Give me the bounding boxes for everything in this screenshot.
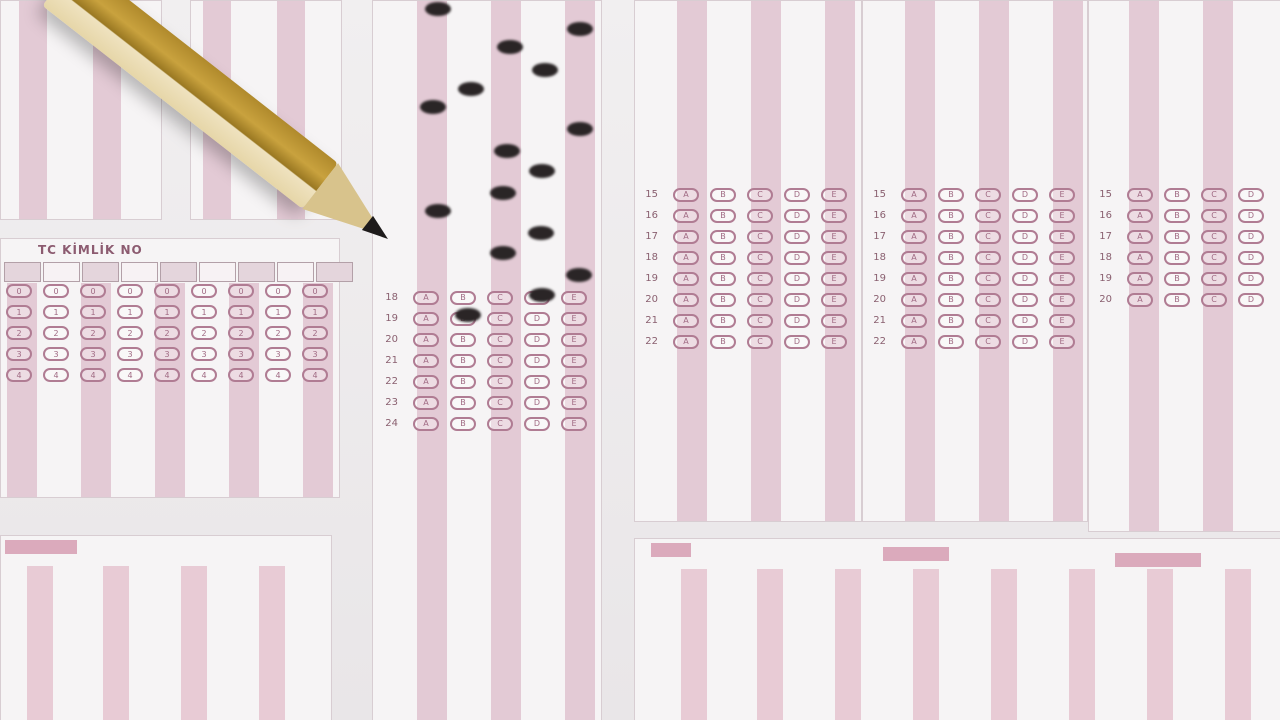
id-bubble-2[interactable]: 2: [302, 326, 328, 340]
choice-a[interactable]: A: [1127, 209, 1153, 223]
id-bubble-3[interactable]: 3: [6, 347, 32, 361]
choice-d[interactable]: D: [784, 230, 810, 244]
id-bubble-0[interactable]: 0: [228, 284, 254, 298]
question-row: 22 A B C D E: [634, 331, 847, 352]
choice-b[interactable]: B: [938, 188, 964, 202]
choice-a[interactable]: A: [673, 314, 699, 328]
choice-b[interactable]: B: [1164, 188, 1190, 202]
choice-b[interactable]: B: [710, 314, 736, 328]
id-bubble-1[interactable]: 1: [80, 305, 106, 319]
choice-e[interactable]: E: [821, 188, 847, 202]
id-bubble-2[interactable]: 2: [154, 326, 180, 340]
filled-mark: [529, 164, 555, 178]
choice-c[interactable]: C: [975, 314, 1001, 328]
choice-a[interactable]: A: [1127, 251, 1153, 265]
id-bubble-3[interactable]: 3: [265, 347, 291, 361]
id-bubble-1[interactable]: 1: [43, 305, 69, 319]
id-digit-box[interactable]: [199, 262, 236, 282]
choice-d[interactable]: D: [1238, 188, 1264, 202]
choice-e[interactable]: E: [561, 417, 587, 431]
choice-b[interactable]: B: [710, 335, 736, 349]
id-bubble-0[interactable]: 0: [265, 284, 291, 298]
choice-b[interactable]: B: [1164, 251, 1190, 265]
lower-right-panel: [634, 538, 1280, 720]
choice-a[interactable]: A: [901, 293, 927, 307]
question-row: 16 A B C D E: [634, 205, 847, 226]
choice-d[interactable]: D: [1012, 293, 1038, 307]
choice-a[interactable]: A: [413, 396, 439, 410]
choice-b[interactable]: B: [710, 188, 736, 202]
question-number: 21: [374, 350, 402, 371]
question-row: 18 A B C D E: [634, 247, 847, 268]
choice-c[interactable]: C: [747, 293, 773, 307]
choice-e[interactable]: E: [1049, 314, 1075, 328]
question-number: 16: [862, 205, 890, 226]
choice-e[interactable]: E: [561, 291, 587, 305]
id-bubble-2[interactable]: 2: [117, 326, 143, 340]
filled-mark: [425, 2, 451, 16]
question-row: 19 A B C D E: [374, 308, 587, 329]
choice-b[interactable]: B: [710, 272, 736, 286]
answer-column-4-rows: 15 A B C D 16 A B C D 17 A B C D 18 A B …: [1088, 184, 1264, 310]
question-number: 19: [634, 268, 662, 289]
question-number: 21: [862, 310, 890, 331]
id-digit-box[interactable]: [316, 262, 353, 282]
filled-mark: [528, 226, 554, 240]
choice-e[interactable]: E: [821, 209, 847, 223]
question-number: 18: [862, 247, 890, 268]
question-row: 17 A B C D: [1088, 226, 1264, 247]
choice-b[interactable]: B: [710, 230, 736, 244]
id-bubble-0[interactable]: 0: [191, 284, 217, 298]
id-bubble-4[interactable]: 4: [6, 368, 32, 382]
answer-column-3-rows: 15 A B C D E 16 A B C D E 17 A B C D E 1…: [862, 184, 1075, 352]
question-row: 15 A B C D E: [634, 184, 847, 205]
id-bubble-2[interactable]: 2: [265, 326, 291, 340]
choice-e[interactable]: E: [821, 230, 847, 244]
id-bubble-2[interactable]: 2: [228, 326, 254, 340]
choice-a[interactable]: A: [901, 314, 927, 328]
choice-d[interactable]: D: [524, 396, 550, 410]
id-bubble-2[interactable]: 2: [191, 326, 217, 340]
choice-c[interactable]: C: [747, 272, 773, 286]
id-digit-bubbles: 0 0 0 0 0 0 0 0 0 1 1 1 1 1 1 1 1 1 2 2 …: [6, 284, 339, 382]
question-row: 15 A B C D E: [862, 184, 1075, 205]
choice-b[interactable]: B: [450, 375, 476, 389]
choice-b[interactable]: B: [450, 396, 476, 410]
answer-sheet-photo: TC KİMLİK NO 0 0 0 0 0 0 0 0 0 1 1 1 1 1…: [0, 0, 1280, 720]
choice-a[interactable]: A: [413, 333, 439, 347]
choice-d[interactable]: D: [1012, 251, 1038, 265]
choice-c[interactable]: C: [1201, 293, 1227, 307]
choice-d[interactable]: D: [524, 354, 550, 368]
choice-e[interactable]: E: [821, 293, 847, 307]
choice-e[interactable]: E: [561, 333, 587, 347]
choice-d[interactable]: D: [1012, 335, 1038, 349]
choice-b[interactable]: B: [1164, 272, 1190, 286]
choice-c[interactable]: C: [1201, 230, 1227, 244]
choice-e[interactable]: E: [561, 312, 587, 326]
id-digit-box[interactable]: [277, 262, 314, 282]
filled-mark: [494, 144, 520, 158]
choice-b[interactable]: B: [938, 209, 964, 223]
question-row: 19 A B C D E: [862, 268, 1075, 289]
choice-e[interactable]: E: [1049, 293, 1075, 307]
id-bubble-3[interactable]: 3: [117, 347, 143, 361]
id-digit-box[interactable]: [43, 262, 80, 282]
question-number: 15: [1088, 184, 1116, 205]
question-number: 23: [374, 392, 402, 413]
choice-a[interactable]: A: [673, 251, 699, 265]
choice-a[interactable]: A: [901, 188, 927, 202]
choice-a[interactable]: A: [1127, 188, 1153, 202]
choice-d[interactable]: D: [1238, 293, 1264, 307]
choice-b[interactable]: B: [450, 417, 476, 431]
choice-a[interactable]: A: [901, 335, 927, 349]
choice-d[interactable]: D: [524, 312, 550, 326]
filled-mark: [567, 22, 593, 36]
question-row: 17 A B C D E: [862, 226, 1075, 247]
choice-c[interactable]: C: [975, 188, 1001, 202]
id-digit-box[interactable]: [121, 262, 158, 282]
choice-d[interactable]: D: [784, 314, 810, 328]
filled-mark: [532, 63, 558, 77]
choice-d[interactable]: D: [784, 209, 810, 223]
choice-d[interactable]: D: [784, 272, 810, 286]
question-row: 21 A B C D E: [862, 310, 1075, 331]
choice-a[interactable]: A: [901, 230, 927, 244]
id-digit-box[interactable]: [4, 262, 41, 282]
id-bubble-3[interactable]: 3: [228, 347, 254, 361]
choice-a[interactable]: A: [413, 417, 439, 431]
choice-e[interactable]: E: [561, 396, 587, 410]
id-bubble-1[interactable]: 1: [6, 305, 32, 319]
question-number: 15: [634, 184, 662, 205]
choice-a[interactable]: A: [413, 354, 439, 368]
question-row: 19 A B C D: [1088, 268, 1264, 289]
question-number: 16: [634, 205, 662, 226]
filled-mark: [490, 246, 516, 260]
choice-d[interactable]: D: [1238, 272, 1264, 286]
choice-b[interactable]: B: [710, 293, 736, 307]
choice-c[interactable]: C: [487, 396, 513, 410]
question-row: 21 A B C D E: [634, 310, 847, 331]
id-bubble-4[interactable]: 4: [302, 368, 328, 382]
choice-c[interactable]: C: [1201, 209, 1227, 223]
choice-c[interactable]: C: [975, 335, 1001, 349]
choice-a[interactable]: A: [901, 251, 927, 265]
choice-e[interactable]: E: [821, 314, 847, 328]
choice-b[interactable]: B: [1164, 230, 1190, 244]
question-row: 20 A B C D E: [862, 289, 1075, 310]
question-number: 20: [634, 289, 662, 310]
choice-a[interactable]: A: [673, 335, 699, 349]
choice-a[interactable]: A: [901, 209, 927, 223]
choice-c[interactable]: C: [975, 230, 1001, 244]
question-number: 18: [634, 247, 662, 268]
question-row: 24 A B C D E: [374, 413, 587, 434]
question-number: 16: [1088, 205, 1116, 226]
choice-a[interactable]: A: [901, 272, 927, 286]
filled-mark: [497, 40, 523, 54]
question-number: 17: [862, 226, 890, 247]
id-bubble-1[interactable]: 1: [228, 305, 254, 319]
id-bubble-3[interactable]: 3: [154, 347, 180, 361]
choice-b[interactable]: B: [710, 251, 736, 265]
id-bubble-1[interactable]: 1: [191, 305, 217, 319]
id-bubble-4[interactable]: 4: [154, 368, 180, 382]
choice-a[interactable]: A: [673, 272, 699, 286]
choice-a[interactable]: A: [673, 293, 699, 307]
lower-left-panel: [0, 535, 332, 720]
question-row: 23 A B C D E: [374, 392, 587, 413]
question-number: 20: [374, 329, 402, 350]
id-bubble-2[interactable]: 2: [6, 326, 32, 340]
choice-c[interactable]: C: [487, 354, 513, 368]
id-bubble-0[interactable]: 0: [43, 284, 69, 298]
id-bubble-1[interactable]: 1: [265, 305, 291, 319]
choice-e[interactable]: E: [1049, 230, 1075, 244]
question-number: 15: [862, 184, 890, 205]
choice-b[interactable]: B: [938, 335, 964, 349]
question-number: 21: [634, 310, 662, 331]
question-row: 16 A B C D E: [862, 205, 1075, 226]
choice-c[interactable]: C: [747, 335, 773, 349]
question-row: 15 A B C D: [1088, 184, 1264, 205]
choice-b[interactable]: B: [450, 333, 476, 347]
choice-e[interactable]: E: [561, 375, 587, 389]
question-number: 19: [374, 308, 402, 329]
choice-b[interactable]: B: [938, 314, 964, 328]
choice-e[interactable]: E: [821, 251, 847, 265]
choice-a[interactable]: A: [673, 209, 699, 223]
choice-d[interactable]: D: [1238, 230, 1264, 244]
question-row: 20 A B C D E: [374, 329, 587, 350]
choice-c[interactable]: C: [975, 209, 1001, 223]
choice-b[interactable]: B: [938, 293, 964, 307]
question-row: 17 A B C D E: [634, 226, 847, 247]
choice-b[interactable]: B: [938, 272, 964, 286]
id-bubble-0[interactable]: 0: [154, 284, 180, 298]
filled-mark: [490, 186, 516, 200]
choice-e[interactable]: E: [821, 272, 847, 286]
choice-d[interactable]: D: [1012, 209, 1038, 223]
choice-a[interactable]: A: [1127, 272, 1153, 286]
choice-b[interactable]: B: [938, 251, 964, 265]
question-row: 18 A B C D E: [374, 287, 587, 308]
choice-c[interactable]: C: [487, 312, 513, 326]
question-number: 18: [374, 287, 402, 308]
question-number: 20: [862, 289, 890, 310]
choice-c[interactable]: C: [747, 251, 773, 265]
choice-c[interactable]: C: [1201, 272, 1227, 286]
id-digit-box[interactable]: [82, 262, 119, 282]
filled-mark: [529, 288, 555, 302]
choice-d[interactable]: D: [1012, 314, 1038, 328]
answer-column-1-rows: 18 A B C D E 19 A B C D E 20 A B C D E 2…: [374, 287, 587, 434]
choice-c[interactable]: C: [747, 314, 773, 328]
id-digit-box[interactable]: [238, 262, 275, 282]
choice-d[interactable]: D: [784, 188, 810, 202]
question-number: 19: [1088, 268, 1116, 289]
choice-d[interactable]: D: [784, 251, 810, 265]
filled-mark: [458, 82, 484, 96]
choice-c[interactable]: C: [975, 272, 1001, 286]
choice-d[interactable]: D: [524, 375, 550, 389]
choice-e[interactable]: E: [1049, 251, 1075, 265]
choice-d[interactable]: D: [784, 293, 810, 307]
id-bubble-3[interactable]: 3: [43, 347, 69, 361]
choice-c[interactable]: C: [487, 417, 513, 431]
id-bubble-4[interactable]: 4: [80, 368, 106, 382]
id-bubble-4[interactable]: 4: [117, 368, 143, 382]
id-bubble-3[interactable]: 3: [80, 347, 106, 361]
id-bubble-0[interactable]: 0: [302, 284, 328, 298]
choice-d[interactable]: D: [1012, 272, 1038, 286]
choice-c[interactable]: C: [747, 230, 773, 244]
choice-c[interactable]: C: [747, 209, 773, 223]
filled-mark: [425, 204, 451, 218]
choice-c[interactable]: C: [1201, 188, 1227, 202]
choice-a[interactable]: A: [413, 291, 439, 305]
id-bubble-0[interactable]: 0: [117, 284, 143, 298]
question-row: 19 A B C D E: [634, 268, 847, 289]
choice-e[interactable]: E: [821, 335, 847, 349]
choice-e[interactable]: E: [561, 354, 587, 368]
choice-c[interactable]: C: [487, 375, 513, 389]
id-number-boxes: [4, 262, 353, 282]
choice-c[interactable]: C: [747, 188, 773, 202]
choice-c[interactable]: C: [487, 291, 513, 305]
id-digit-box[interactable]: [160, 262, 197, 282]
question-number: 22: [862, 331, 890, 352]
choice-d[interactable]: D: [1012, 188, 1038, 202]
id-number-title: TC KİMLİK NO: [38, 243, 143, 257]
choice-b[interactable]: B: [938, 230, 964, 244]
choice-e[interactable]: E: [1049, 335, 1075, 349]
id-bubble-2[interactable]: 2: [80, 326, 106, 340]
choice-d[interactable]: D: [1012, 230, 1038, 244]
question-row: 21 A B C D E: [374, 350, 587, 371]
id-bubble-4[interactable]: 4: [191, 368, 217, 382]
question-row: 22 A B C D E: [374, 371, 587, 392]
choice-b[interactable]: B: [450, 291, 476, 305]
question-row: 20 A B C D E: [634, 289, 847, 310]
question-number: 17: [634, 226, 662, 247]
question-row: 20 A B C D: [1088, 289, 1264, 310]
choice-d[interactable]: D: [1238, 209, 1264, 223]
choice-b[interactable]: B: [1164, 209, 1190, 223]
choice-e[interactable]: E: [1049, 209, 1075, 223]
filled-mark: [420, 100, 446, 114]
question-row: 22 A B C D E: [862, 331, 1075, 352]
choice-e[interactable]: E: [1049, 188, 1075, 202]
choice-c[interactable]: C: [487, 333, 513, 347]
question-row: 16 A B C D: [1088, 205, 1264, 226]
id-bubble-4[interactable]: 4: [228, 368, 254, 382]
choice-a[interactable]: A: [673, 188, 699, 202]
question-number: 22: [634, 331, 662, 352]
question-number: 19: [862, 268, 890, 289]
choice-a[interactable]: A: [413, 375, 439, 389]
choice-e[interactable]: E: [1049, 272, 1075, 286]
id-bubble-3[interactable]: 3: [302, 347, 328, 361]
filled-mark: [567, 122, 593, 136]
id-bubble-2[interactable]: 2: [43, 326, 69, 340]
filled-mark: [566, 268, 592, 282]
choice-c[interactable]: C: [1201, 251, 1227, 265]
choice-a[interactable]: A: [1127, 293, 1153, 307]
question-number: 20: [1088, 289, 1116, 310]
question-row: 18 A B C D: [1088, 247, 1264, 268]
id-bubble-1[interactable]: 1: [117, 305, 143, 319]
id-bubble-1[interactable]: 1: [302, 305, 328, 319]
choice-a[interactable]: A: [1127, 230, 1153, 244]
question-number: 24: [374, 413, 402, 434]
choice-b[interactable]: B: [710, 209, 736, 223]
id-bubble-0[interactable]: 0: [80, 284, 106, 298]
choice-b[interactable]: B: [450, 354, 476, 368]
filled-mark: [455, 308, 481, 322]
id-bubble-4[interactable]: 4: [43, 368, 69, 382]
choice-c[interactable]: C: [975, 251, 1001, 265]
choice-d[interactable]: D: [524, 417, 550, 431]
choice-a[interactable]: A: [673, 230, 699, 244]
choice-d[interactable]: D: [524, 333, 550, 347]
id-bubble-0[interactable]: 0: [6, 284, 32, 298]
id-bubble-3[interactable]: 3: [191, 347, 217, 361]
question-number: 17: [1088, 226, 1116, 247]
answer-column-2-rows: 15 A B C D E 16 A B C D E 17 A B C D E 1…: [634, 184, 847, 352]
question-row: 18 A B C D E: [862, 247, 1075, 268]
id-bubble-1[interactable]: 1: [154, 305, 180, 319]
choice-d[interactable]: D: [1238, 251, 1264, 265]
choice-c[interactable]: C: [975, 293, 1001, 307]
choice-d[interactable]: D: [784, 335, 810, 349]
question-number: 18: [1088, 247, 1116, 268]
id-bubble-4[interactable]: 4: [265, 368, 291, 382]
choice-b[interactable]: B: [1164, 293, 1190, 307]
question-number: 22: [374, 371, 402, 392]
choice-a[interactable]: A: [413, 312, 439, 326]
